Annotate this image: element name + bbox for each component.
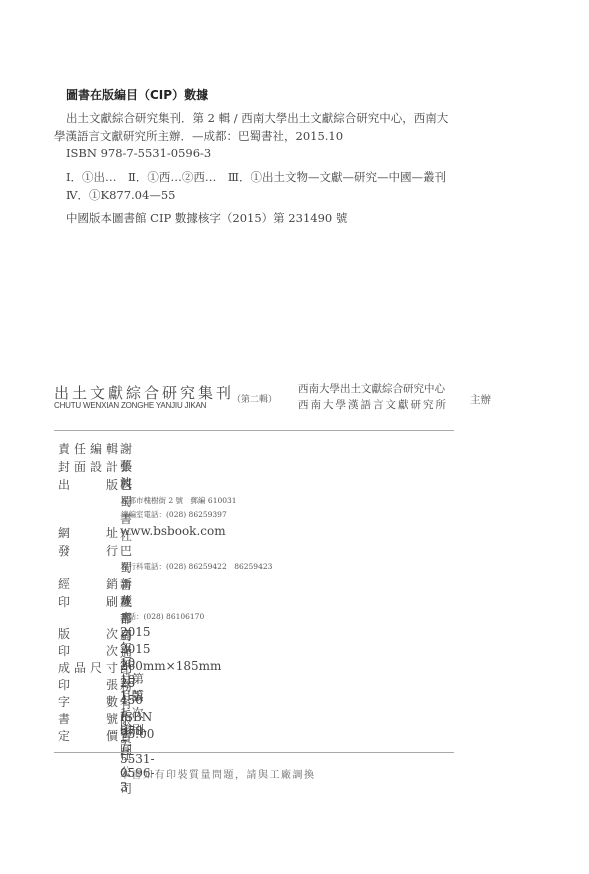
organizer-1: 西南大學出土文獻綜合研究中心 [298, 381, 445, 396]
row-label: 封面設計 [58, 458, 118, 475]
colophon-row: 版 次 2015 年 10 月第 1 版 [58, 625, 118, 642]
row-value: 260mm×185mm [120, 659, 221, 673]
colophon-row: 書 號 ISBN 978-7-5531-0596-3 [58, 710, 118, 727]
volume-label: （第二輯） [232, 392, 277, 405]
row-label: 版 次 [58, 625, 118, 642]
row-value: 75.00 圓 [120, 727, 154, 758]
row-label: 發 行 [58, 542, 118, 559]
cip-isbn: ISBN 978-7-5531-0596-3 [66, 146, 211, 160]
colophon-row: 發 行 巴蜀書社 [58, 542, 118, 559]
publisher-address: 成都市槐樹街 2 號 郵編 610031 [121, 495, 237, 506]
row-label: 字 數 [58, 693, 118, 710]
colophon-row: 印 刷 成都蜀通印務有限責任公司 [58, 593, 118, 610]
series-pinyin: CHUTU WENXIAN ZONGHE YANJIU JIKAN [54, 401, 206, 410]
colophon-row: 成品尺寸 260mm×185mm [58, 659, 118, 676]
footer-note: 本書如有印裝質量問題，請與工廠調換 [120, 766, 316, 781]
row-label: 經 銷 [58, 575, 118, 592]
website-link: www.bsbook.com [120, 524, 226, 538]
colophon-row: 封面設計 張 科 [58, 458, 118, 475]
row-label: 成品尺寸 [58, 659, 118, 676]
publisher-phone: 總編室電話：(028) 86259397 [121, 509, 227, 520]
row-label: 網 址 [58, 524, 118, 541]
row-label: 印 次 [58, 642, 118, 659]
cip-line: 出土文獻綜合研究集刊．第 2 輯 / 西南大學出土文獻綜合研究中心，西南大 [66, 110, 448, 126]
series-title: 出土文獻綜合研究集刊 [54, 382, 234, 403]
row-value: 25 [120, 676, 135, 690]
colophon-row: 經 銷 新華書店 [58, 575, 118, 592]
cip-line: 學漢語言文獻研究所主辦．—成都：巴蜀書社，2015.10 [54, 128, 343, 144]
cip-classification: Ⅰ．①出… Ⅱ．①西…②西… Ⅲ．①出土文物—文獻—研究—中國—叢刊 [66, 169, 446, 185]
header-rule [54, 430, 454, 431]
colophon-row: 責任編輯 謝藝波 [58, 440, 118, 457]
footer-rule [54, 752, 454, 753]
cip-record-number: 中國版本圖書館 CIP 數據核字（2015）第 231490 號 [66, 210, 347, 226]
row-label: 責任編輯 [58, 440, 118, 457]
editor-role: 主辦 [470, 392, 491, 407]
row-label: 出 版 [58, 476, 118, 493]
colophon-row: 定 價 75.00 圓 [58, 727, 118, 744]
colophon-row: 出 版 巴蜀書社 [58, 476, 118, 493]
cip-heading: 圖書在版編目（CIP）數據 [66, 86, 208, 103]
cip-classification-number: Ⅳ．①K877.04—55 [66, 187, 175, 203]
colophon-row: 字 數 450 千字 [58, 693, 118, 710]
colophon-row: 網 址 www.bsbook.com [58, 524, 118, 541]
row-label: 書 號 [58, 710, 118, 727]
row-label: 定 價 [58, 727, 118, 744]
distribution-phone: 發行科電話：(028) 86259422 86259423 [121, 561, 272, 572]
row-label: 印 刷 [58, 593, 118, 610]
printer-phone: 電話：(028) 86106170 [121, 611, 204, 622]
organizer-2: 西南大學漢語言文獻研究所 [298, 397, 448, 412]
colophon-row: 印 張 25 [58, 676, 118, 693]
row-label: 印 張 [58, 676, 118, 693]
colophon-row: 印 次 2015 年 10 月第 1 次印刷 [58, 642, 118, 659]
